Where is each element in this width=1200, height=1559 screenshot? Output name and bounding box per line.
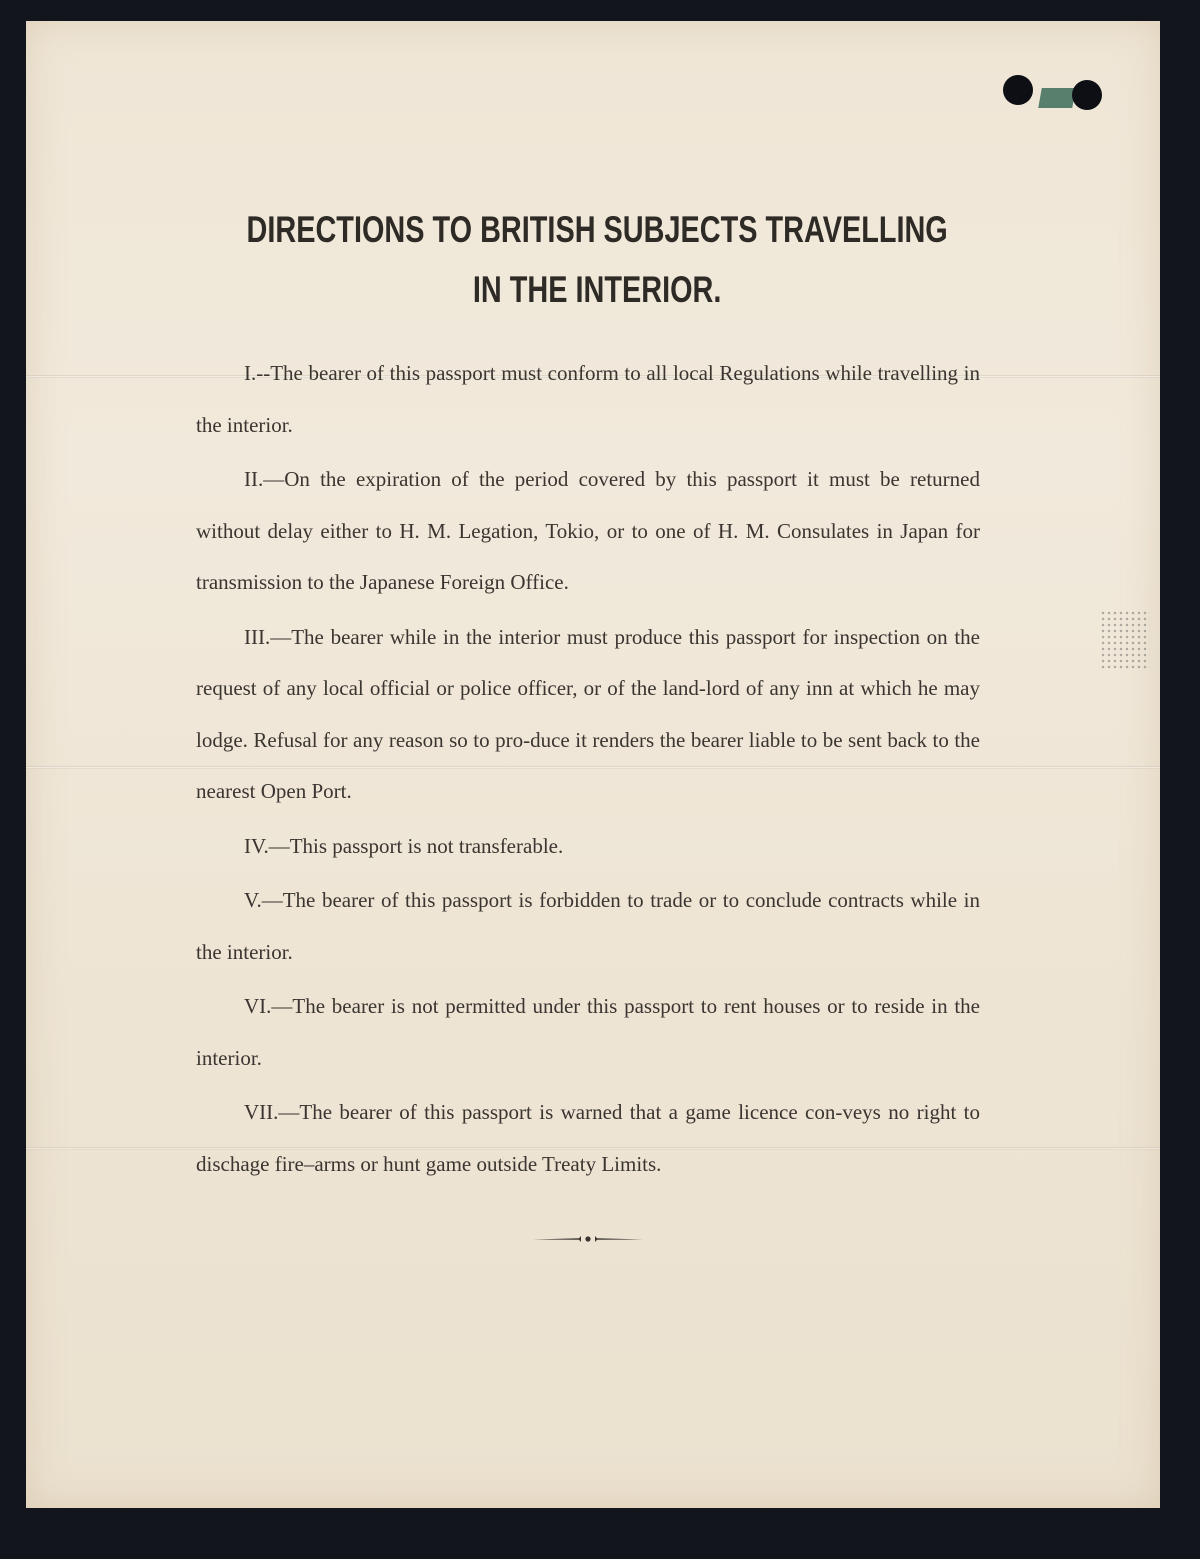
paragraph-text: The bearer of this passport must conform… — [196, 361, 980, 437]
paragraph-numeral: VII.— — [244, 1100, 299, 1124]
punch-hole — [1003, 75, 1033, 105]
paragraph-numeral: II.— — [244, 467, 284, 491]
paragraph-text: The bearer while in the interior must pr… — [196, 625, 980, 804]
direction-paragraph-2: II.—On the expiration of the period cove… — [196, 454, 980, 609]
paragraph-text: The bearer of this passport is forbidden… — [196, 888, 980, 964]
title-line-2: IN THE INTERIOR. — [129, 260, 1065, 320]
title-line-1: DIRECTIONS TO BRITISH SUBJECTS TRAVELLIN… — [129, 200, 1065, 260]
direction-paragraph-3: III.—The bearer while in the interior mu… — [196, 612, 980, 818]
directions-body: I.--The bearer of this passport must con… — [196, 348, 980, 1190]
paragraph-text: On the expiration of the period covered … — [196, 467, 980, 594]
paragraph-text: The bearer of this passport is warned th… — [196, 1100, 980, 1176]
paragraph-text: This passport is not transferable. — [290, 834, 564, 858]
paragraph-numeral: IV.— — [244, 834, 290, 858]
document-title: DIRECTIONS TO BRITISH SUBJECTS TRAVELLIN… — [129, 200, 1065, 320]
paragraph-numeral: III.— — [244, 625, 291, 649]
ink-stamp-mark — [1038, 88, 1076, 108]
paragraph-text: The bearer is not permitted under this p… — [196, 994, 980, 1070]
punch-hole — [1072, 80, 1102, 110]
ornamental-divider-icon — [531, 1234, 645, 1244]
direction-paragraph-4: IV.—This passport is not transferable. — [196, 821, 980, 873]
paragraph-numeral: VI.— — [244, 994, 292, 1018]
ink-speckles — [1100, 610, 1150, 670]
paragraph-numeral: V.— — [244, 888, 283, 912]
direction-paragraph-7: VII.—The bearer of this passport is warn… — [196, 1087, 980, 1190]
direction-paragraph-5: V.—The bearer of this passport is forbid… — [196, 875, 980, 978]
direction-paragraph-6: VI.—The bearer is not permitted under th… — [196, 981, 980, 1084]
paragraph-numeral: I.-- — [244, 361, 270, 385]
direction-paragraph-1: I.--The bearer of this passport must con… — [196, 348, 980, 451]
